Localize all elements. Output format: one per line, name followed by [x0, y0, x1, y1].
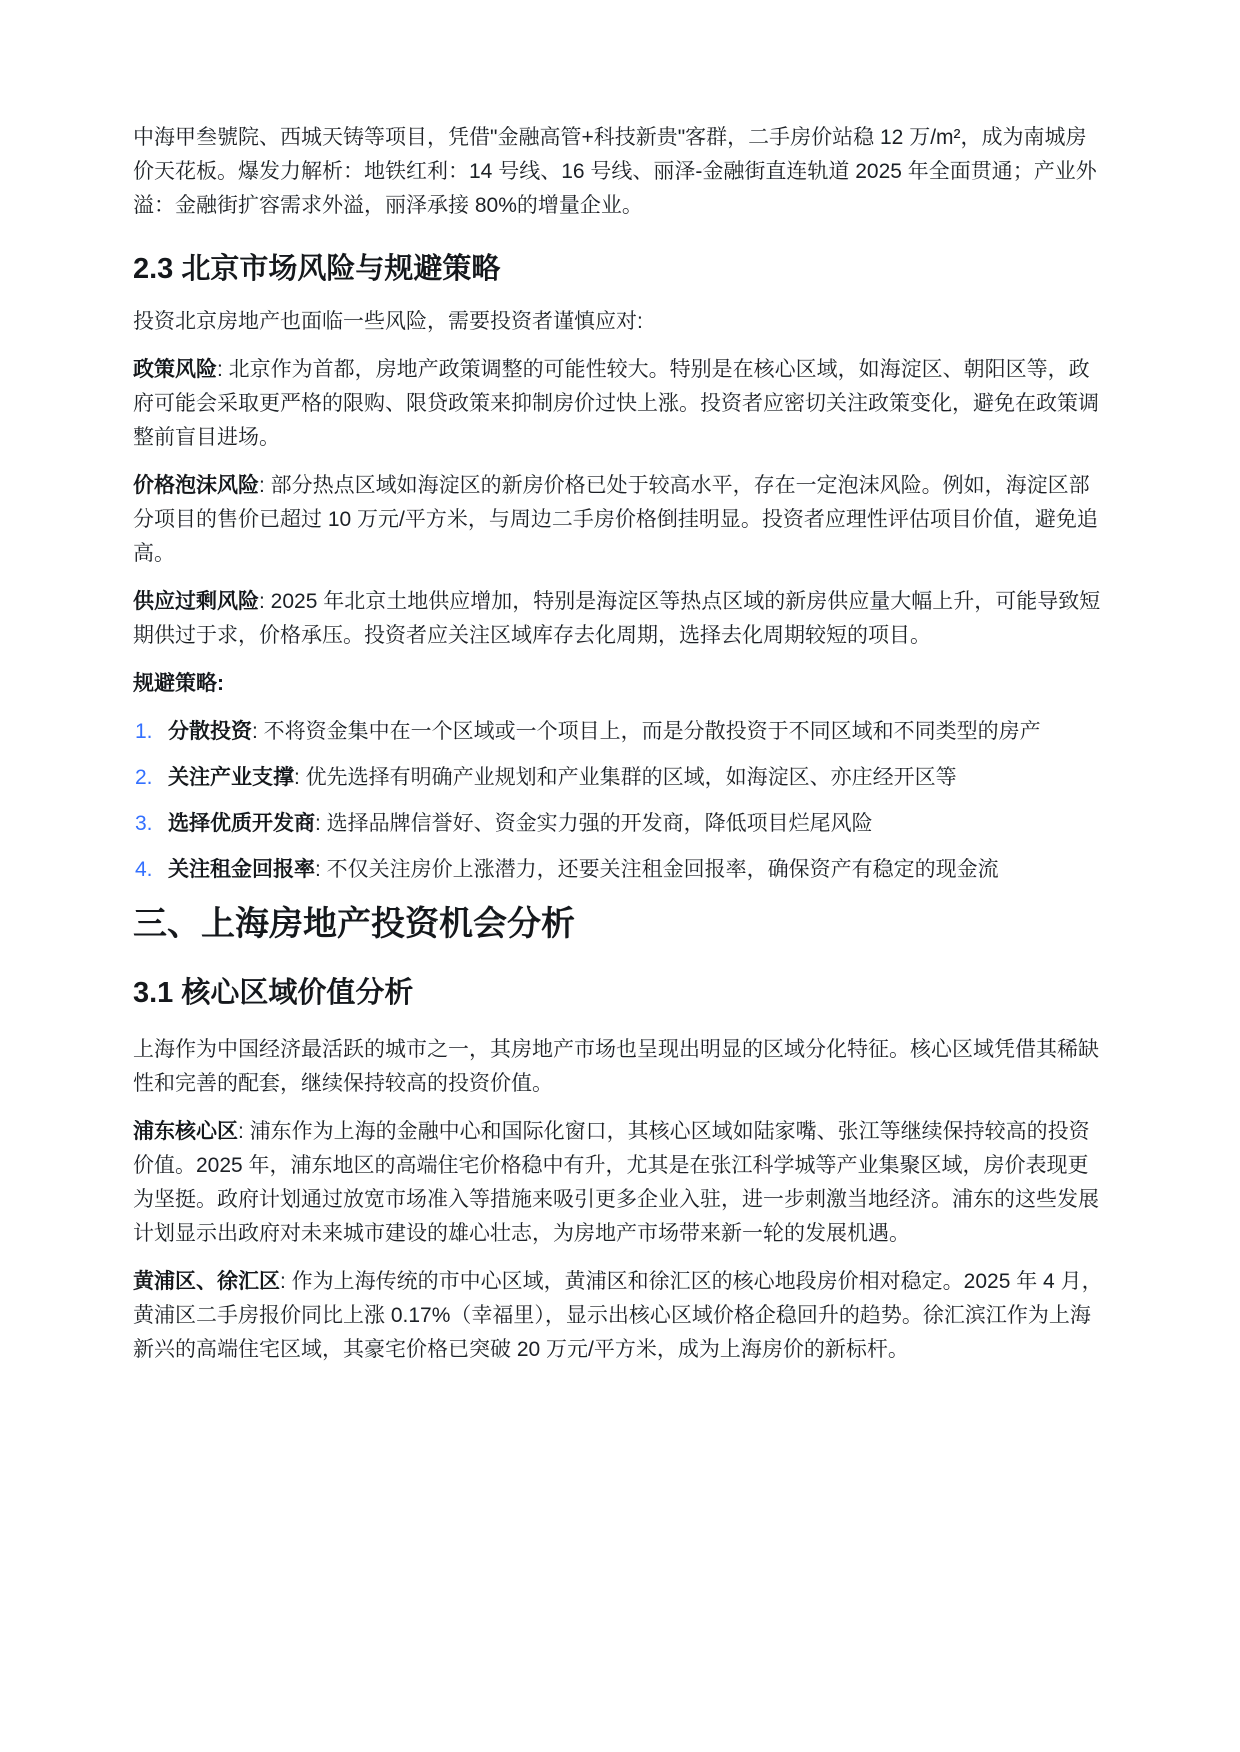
list-item: 3.选择优质开发商: 选择品牌信誉好、资金实力强的开发商，降低项目烂尾风险: [133, 807, 1107, 841]
label-colon: :: [259, 590, 271, 613]
strategy-text: 不将资金集中在一个区域或一个项目上，而是分散投资于不同区域和不同类型的房产: [264, 720, 1041, 743]
label-colon: :: [315, 858, 327, 881]
risk-text: 2025 年北京土地供应增加，特别是海淀区等热点区域的新房供应量大幅上升，可能导…: [133, 590, 1100, 647]
label-colon: :: [315, 812, 327, 835]
strategies-heading: 规避策略:: [133, 667, 1107, 701]
list-number: 4.: [135, 853, 153, 887]
strategy-label: 选择优质开发商: [168, 812, 315, 835]
area-paragraph-pudong: 浦东核心区: 浦东作为上海的金融中心和国际化窗口，其核心区域如陆家嘴、张江等继续…: [133, 1115, 1107, 1251]
strategy-text: 选择品牌信誉好、资金实力强的开发商，降低项目烂尾风险: [327, 812, 873, 835]
area-label: 黄浦区、徐汇区: [133, 1270, 280, 1293]
risk-label: 政策风险: [133, 358, 217, 381]
label-colon: :: [294, 766, 306, 789]
label-colon: :: [259, 474, 271, 497]
risk-text: 部分热点区域如海淀区的新房价格已处于较高水平，存在一定泡沫风险。例如，海淀区部分…: [133, 474, 1098, 565]
risk-text: 北京作为首都，房地产政策调整的可能性较大。特别是在核心区域，如海淀区、朝阳区等，…: [133, 358, 1099, 449]
list-item: 4.关注租金回报率: 不仅关注房价上涨潜力，还要关注租金回报率，确保资产有稳定的…: [133, 853, 1107, 887]
strategy-label: 关注租金回报率: [168, 858, 315, 881]
strategies-ordered-list: 1.分散投资: 不将资金集中在一个区域或一个项目上，而是分散投资于不同区域和不同…: [133, 715, 1107, 887]
section-2-3-lead: 投资北京房地产也面临一些风险，需要投资者谨慎应对:: [133, 305, 1107, 339]
intro-paragraph: 中海甲叁號院、西城天铸等项目，凭借"金融高管+科技新贵"客群，二手房价站稳 12…: [133, 121, 1107, 223]
section-heading-3: 三、上海房地产投资机会分析: [133, 901, 1107, 947]
document-page: { "ui": { "colon_sep": ": " }, "colors":…: [0, 0, 1240, 1752]
strategy-label: 关注产业支撑: [168, 766, 294, 789]
risk-label: 供应过剩风险: [133, 590, 259, 613]
risk-label: 价格泡沫风险: [133, 474, 259, 497]
risk-paragraph-policy: 政策风险: 北京作为首都，房地产政策调整的可能性较大。特别是在核心区域，如海淀区…: [133, 353, 1107, 455]
area-text: 浦东作为上海的金融中心和国际化窗口，其核心区域如陆家嘴、张江等继续保持较高的投资…: [133, 1120, 1099, 1245]
list-number: 2.: [135, 761, 153, 795]
strategy-text: 优先选择有明确产业规划和产业集群的区域，如海淀区、亦庄经开区等: [306, 766, 957, 789]
area-label: 浦东核心区: [133, 1120, 238, 1143]
section-heading-3-1: 3.1 核心区域价值分析: [133, 973, 1107, 1013]
list-number: 1.: [135, 715, 153, 749]
risk-paragraph-bubble: 价格泡沫风险: 部分热点区域如海淀区的新房价格已处于较高水平，存在一定泡沫风险。…: [133, 469, 1107, 571]
strategy-label: 分散投资: [168, 720, 252, 743]
section-3-1-lead: 上海作为中国经济最活跃的城市之一，其房地产市场也呈现出明显的区域分化特征。核心区…: [133, 1033, 1107, 1101]
document-body: 中海甲叁號院、西城天铸等项目，凭借"金融高管+科技新贵"客群，二手房价站稳 12…: [0, 0, 1240, 1367]
list-number: 3.: [135, 807, 153, 841]
list-item: 1.分散投资: 不将资金集中在一个区域或一个项目上，而是分散投资于不同区域和不同…: [133, 715, 1107, 749]
list-item: 2.关注产业支撑: 优先选择有明确产业规划和产业集群的区域，如海淀区、亦庄经开区…: [133, 761, 1107, 795]
label-colon: :: [252, 720, 264, 743]
area-paragraph-huangpu-xuhui: 黄浦区、徐汇区: 作为上海传统的市中心区域，黄浦区和徐汇区的核心地段房价相对稳定…: [133, 1265, 1107, 1367]
label-colon: :: [280, 1270, 292, 1293]
section-heading-2-3: 2.3 北京市场风险与规避策略: [133, 249, 1107, 289]
risk-paragraph-oversupply: 供应过剩风险: 2025 年北京土地供应增加，特别是海淀区等热点区域的新房供应量…: [133, 585, 1107, 653]
label-colon: :: [238, 1120, 250, 1143]
label-colon: :: [217, 358, 229, 381]
strategy-text: 不仅关注房价上涨潜力，还要关注租金回报率，确保资产有稳定的现金流: [327, 858, 999, 881]
